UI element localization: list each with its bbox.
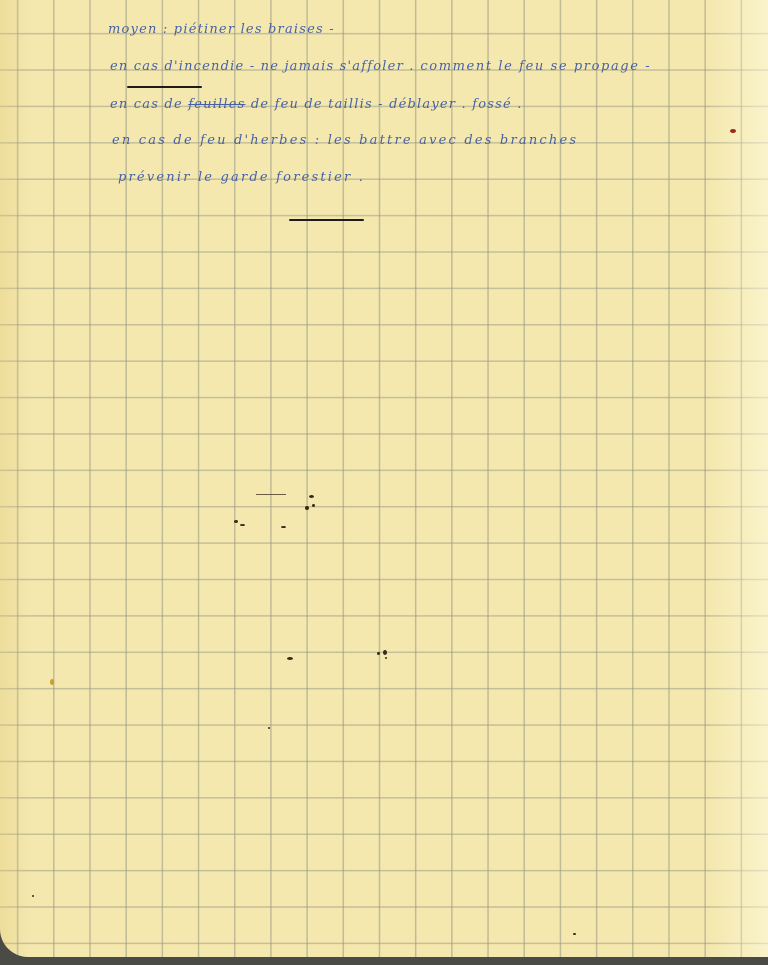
handwritten-line-2: en cas d'incendie - ne jamais s'affoler … bbox=[110, 59, 651, 74]
handwritten-line-4: en cas de feu d'herbes : les battre avec… bbox=[112, 133, 578, 148]
dust-speck bbox=[309, 495, 314, 498]
line-3-start: en cas de bbox=[110, 97, 188, 112]
dust-speck bbox=[32, 895, 34, 897]
dust-speck bbox=[573, 933, 576, 935]
red-ink-speck bbox=[730, 129, 736, 133]
notebook-page: moyen : piétiner les braises - en cas d'… bbox=[0, 0, 768, 957]
handwritten-line-5: prévenir le garde forestier . bbox=[118, 170, 365, 185]
dust-speck bbox=[287, 657, 293, 660]
dust-speck bbox=[234, 520, 238, 523]
line-2-middle: - ne jamais s'affoler . bbox=[244, 59, 414, 74]
line-3-end: fossé . bbox=[467, 97, 523, 112]
dust-speck bbox=[385, 657, 387, 659]
dust-speck bbox=[50, 679, 54, 685]
heading-underline bbox=[127, 86, 202, 88]
line-2-end: comment le feu se propage - bbox=[415, 59, 652, 74]
dust-speck bbox=[281, 526, 286, 528]
dust-speck bbox=[383, 650, 387, 655]
handwritten-line-3: en cas de feuilles de feu de taillis - d… bbox=[110, 97, 523, 112]
dust-speck bbox=[377, 652, 380, 655]
dust-speck bbox=[312, 504, 315, 507]
crossed-out-word: feuilles bbox=[188, 97, 245, 112]
dust-speck bbox=[268, 727, 270, 729]
end-rule bbox=[289, 219, 364, 221]
line-3-middle: de feu de taillis - déblayer . bbox=[246, 97, 467, 112]
dust-speck bbox=[305, 506, 309, 510]
underlined-heading: en cas d'incendie bbox=[110, 59, 244, 74]
handwritten-line-1: moyen : piétiner les braises - bbox=[108, 22, 335, 37]
dust-speck bbox=[240, 524, 245, 526]
dust-speck bbox=[256, 494, 286, 495]
